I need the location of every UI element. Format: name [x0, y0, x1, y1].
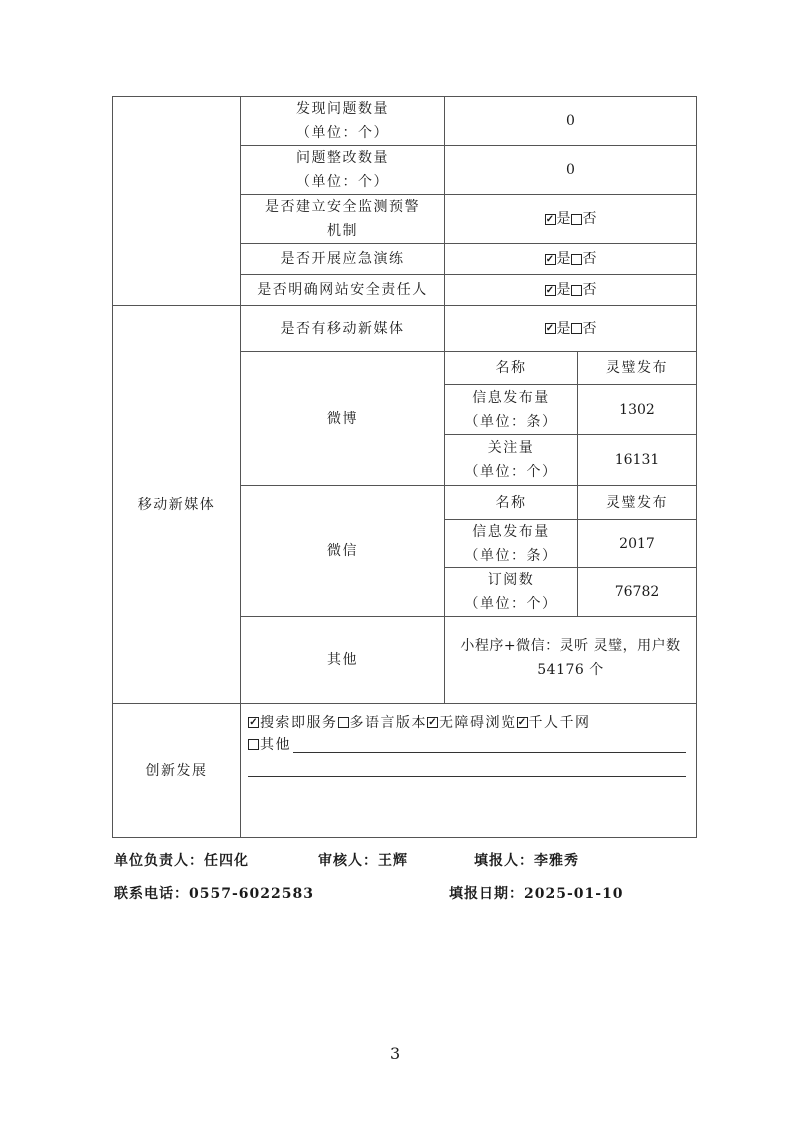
other-checkbox[interactable]: [248, 739, 259, 750]
no-checkbox[interactable]: [571, 254, 582, 265]
yes-label: 是: [557, 317, 571, 341]
no-label: 否: [583, 278, 597, 302]
search-as-service-label: 搜索即服务: [260, 715, 338, 731]
emergency-drill-choice: 是否: [444, 243, 697, 275]
filler: 填报人：李雅秀: [474, 850, 579, 870]
other-label: 其他: [260, 737, 291, 753]
yes-label: 是: [557, 278, 571, 302]
no-label: 否: [583, 207, 597, 231]
wechat-name-label: 名称: [444, 485, 578, 520]
label-line2: （单位：个）: [296, 125, 389, 141]
personalized-label: 千人千网: [529, 715, 591, 731]
value-line1: 小程序+微信：灵听 灵璧，用户数: [460, 638, 680, 654]
label-line1: 是否建立安全监测预警: [265, 199, 420, 215]
unit-head: 单位负责人：任四化: [114, 850, 249, 870]
reviewer: 审核人：王辉: [318, 850, 408, 870]
weibo-followers-label: 关注量（单位：个）: [444, 434, 578, 486]
label-line1: 信息发布量: [472, 390, 550, 406]
no-label: 否: [583, 247, 597, 271]
wechat-posts-value: 2017: [577, 519, 697, 568]
issues-found-value: 0: [444, 96, 697, 146]
security-section-label-cell: [112, 96, 241, 306]
issues-fixed-value: 0: [444, 145, 697, 195]
accessibility-checkbox[interactable]: [427, 717, 438, 728]
label-line1: 发现问题数量: [296, 101, 389, 117]
yes-checkbox[interactable]: [545, 323, 556, 334]
security-officer-label: 是否明确网站安全责任人: [240, 274, 445, 306]
label-line2: 机制: [327, 223, 358, 239]
fill-date: 填报日期：2025-01-10: [449, 883, 624, 903]
yes-label: 是: [557, 247, 571, 271]
label-line2: （单位：个）: [465, 464, 558, 480]
label-line2: （单位：条）: [465, 414, 558, 430]
search-as-service-checkbox[interactable]: [248, 717, 259, 728]
no-checkbox[interactable]: [571, 323, 582, 334]
yes-checkbox[interactable]: [545, 214, 556, 225]
wechat-name-value: 灵璧发布: [577, 485, 697, 520]
other-media-label: 其他: [240, 616, 445, 704]
no-checkbox[interactable]: [571, 214, 582, 225]
monitoring-mechanism-label: 是否建立安全监测预警机制: [240, 194, 445, 244]
issues-found-label: 发现问题数量（单位：个）: [240, 96, 445, 146]
security-officer-choice: 是否: [444, 274, 697, 306]
label-line1: 信息发布量: [472, 524, 550, 540]
weibo-name-value: 灵璧发布: [577, 351, 697, 385]
label-line2: （单位：个）: [465, 596, 558, 612]
no-label: 否: [583, 317, 597, 341]
other-fill-line-1[interactable]: [293, 752, 686, 753]
has-mobile-media-choice: 是否: [444, 305, 697, 352]
wechat-subscribers-value: 76782: [577, 567, 697, 617]
innovation-section-label: 创新发展: [112, 703, 241, 838]
innovation-options: 搜索即服务多语言版本无障碍浏览千人千网 其他: [240, 703, 697, 838]
label-line1: 问题整改数量: [296, 150, 389, 166]
yes-checkbox[interactable]: [545, 285, 556, 296]
issues-fixed-label: 问题整改数量（单位：个）: [240, 145, 445, 195]
other-media-value: 小程序+微信：灵听 灵璧，用户数54176 个: [444, 616, 697, 704]
wechat-posts-label: 信息发布量（单位：条）: [444, 519, 578, 568]
innovation-options-line1: 搜索即服务多语言版本无障碍浏览千人千网: [248, 712, 591, 734]
yes-label: 是: [557, 207, 571, 231]
label-line1: 订阅数: [488, 572, 535, 588]
personalized-checkbox[interactable]: [517, 717, 528, 728]
no-checkbox[interactable]: [571, 285, 582, 296]
accessibility-label: 无障碍浏览: [439, 715, 517, 731]
contact-phone: 联系电话：0557-6022583: [114, 883, 314, 903]
monitoring-mechanism-choice: 是否: [444, 194, 697, 244]
innovation-options-line2: 其他: [248, 734, 291, 756]
other-fill-line-2[interactable]: [248, 776, 686, 777]
weibo-posts-value: 1302: [577, 384, 697, 435]
wechat-label: 微信: [240, 485, 445, 617]
weibo-posts-label: 信息发布量（单位：条）: [444, 384, 578, 435]
weibo-label: 微博: [240, 351, 445, 486]
weibo-name-label: 名称: [444, 351, 578, 385]
multilingual-label: 多语言版本: [350, 715, 428, 731]
report-table: 发现问题数量（单位：个） 0 问题整改数量（单位：个） 0 是否建立安全监测预警…: [112, 96, 697, 838]
yes-checkbox[interactable]: [545, 254, 556, 265]
wechat-subscribers-label: 订阅数（单位：个）: [444, 567, 578, 617]
page-number: 3: [390, 1044, 400, 1063]
emergency-drill-label: 是否开展应急演练: [240, 243, 445, 275]
weibo-followers-value: 16131: [577, 434, 697, 486]
has-mobile-media-label: 是否有移动新媒体: [240, 305, 445, 352]
multilingual-checkbox[interactable]: [338, 717, 349, 728]
value-line2: 54176 个: [537, 662, 604, 678]
mobile-media-section-label: 移动新媒体: [112, 305, 241, 704]
label-line2: （单位：个）: [296, 174, 389, 190]
label-line1: 关注量: [488, 440, 535, 456]
label-line2: （单位：条）: [465, 548, 558, 564]
